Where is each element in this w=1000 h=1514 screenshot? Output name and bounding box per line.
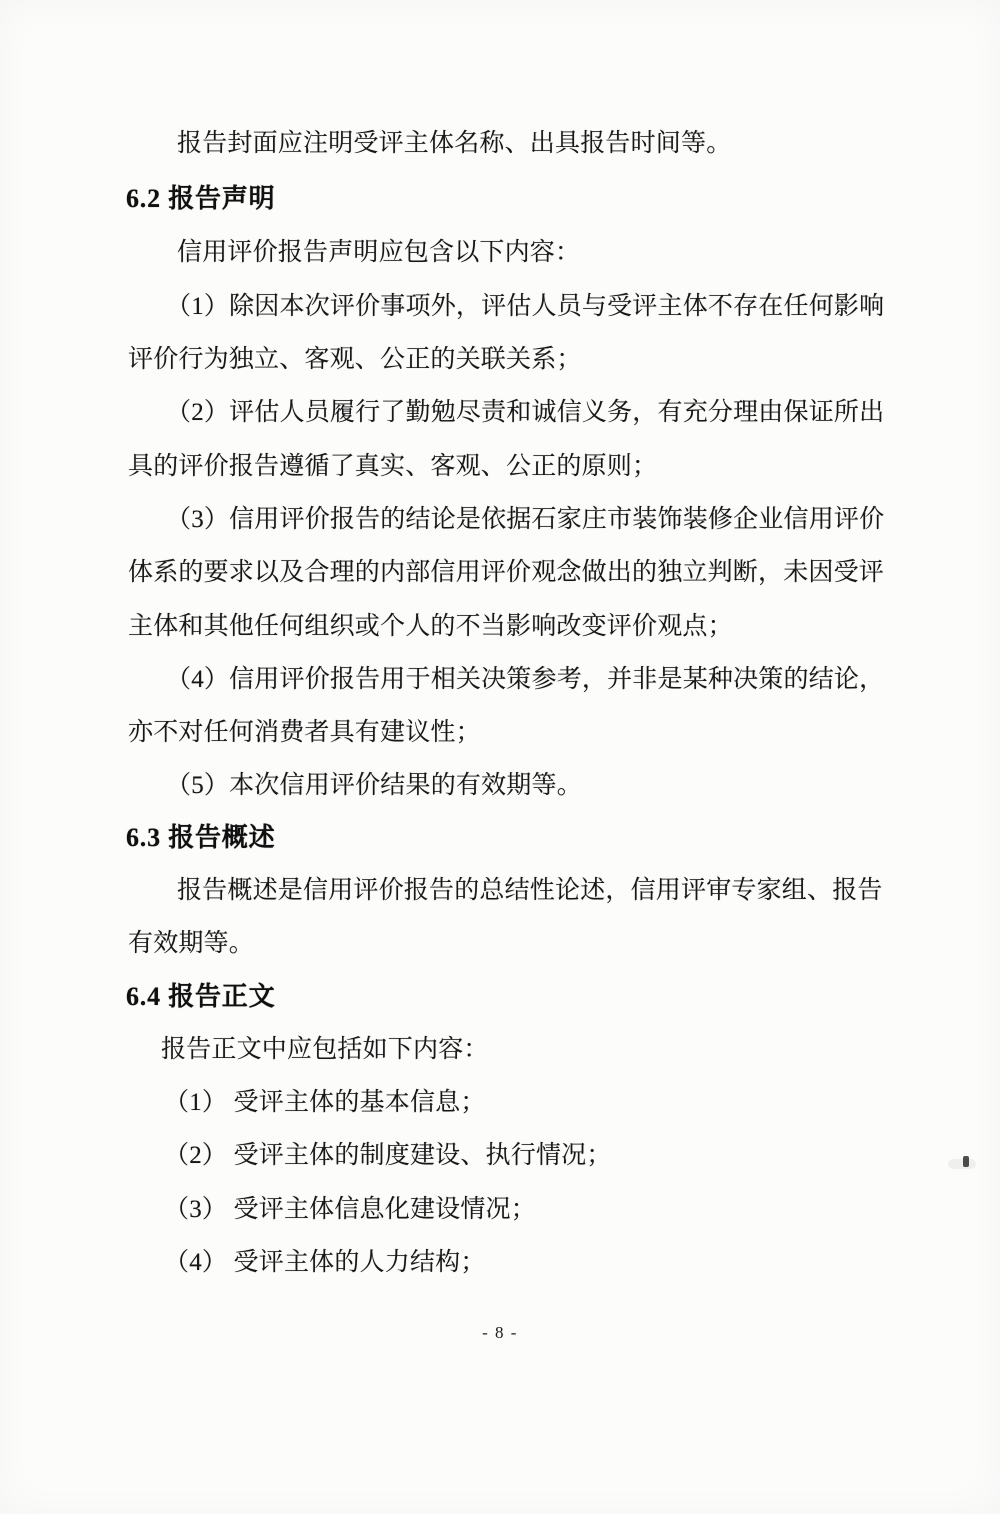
text-line: 信用评价报告声明应包含以下内容：	[177, 239, 580, 266]
document-page: 报告封面应注明受评主体名称、出具报告时间等。6.2 报告声明信用评价报告声明应包…	[0, 0, 1000, 1514]
section-heading: 6.4 报告正文	[126, 983, 275, 1010]
text-line: （3）信用评价报告的结论是依据石家庄市装饰装修企业信用评价	[166, 506, 884, 533]
text-line: （3） 受评主体信息化建设情况；	[164, 1196, 536, 1223]
text-line: 有效期等。	[128, 930, 254, 957]
text-line: 具的评价报告遵循了真实、客观、公正的原则；	[128, 453, 657, 480]
scan-speck	[948, 1159, 976, 1169]
text-line: 报告正文中应包括如下内容：	[161, 1036, 489, 1063]
text-line: （4）信用评价报告用于相关决策参考，并非是某种决策的结论，	[166, 666, 884, 693]
section-heading: 6.3 报告概述	[126, 824, 275, 851]
text-line: 评价行为独立、客观、公正的关联关系；	[128, 346, 582, 373]
text-line: 亦不对任何消费者具有建议性；	[128, 719, 481, 746]
text-line: （5）本次信用评价结果的有效期等。	[166, 772, 582, 799]
text-line: （2） 受评主体的制度建设、执行情况；	[164, 1142, 612, 1169]
text-line: （1） 受评主体的基本信息；	[164, 1089, 486, 1116]
text-line: （2）评估人员履行了勤勉尽责和诚信义务，有充分理由保证所出	[166, 399, 884, 426]
text-line: 报告封面应注明受评主体名称、出具报告时间等。	[177, 130, 731, 157]
section-heading: 6.2 报告声明	[126, 185, 275, 212]
text-line: 体系的要求以及合理的内部信用评价观念做出的独立判断，未因受评	[128, 559, 884, 586]
text-line: （4） 受评主体的人力结构；	[164, 1249, 486, 1276]
page-number: - 8 -	[0, 1323, 1000, 1343]
text-line: 报告概述是信用评价报告的总结性论述，信用评审专家组、报告	[177, 877, 883, 904]
text-line: （1）除因本次评价事项外，评估人员与受评主体不存在任何影响	[166, 293, 884, 320]
text-line: 主体和其他任何组织或个人的不当影响改变评价观点；	[128, 613, 733, 640]
